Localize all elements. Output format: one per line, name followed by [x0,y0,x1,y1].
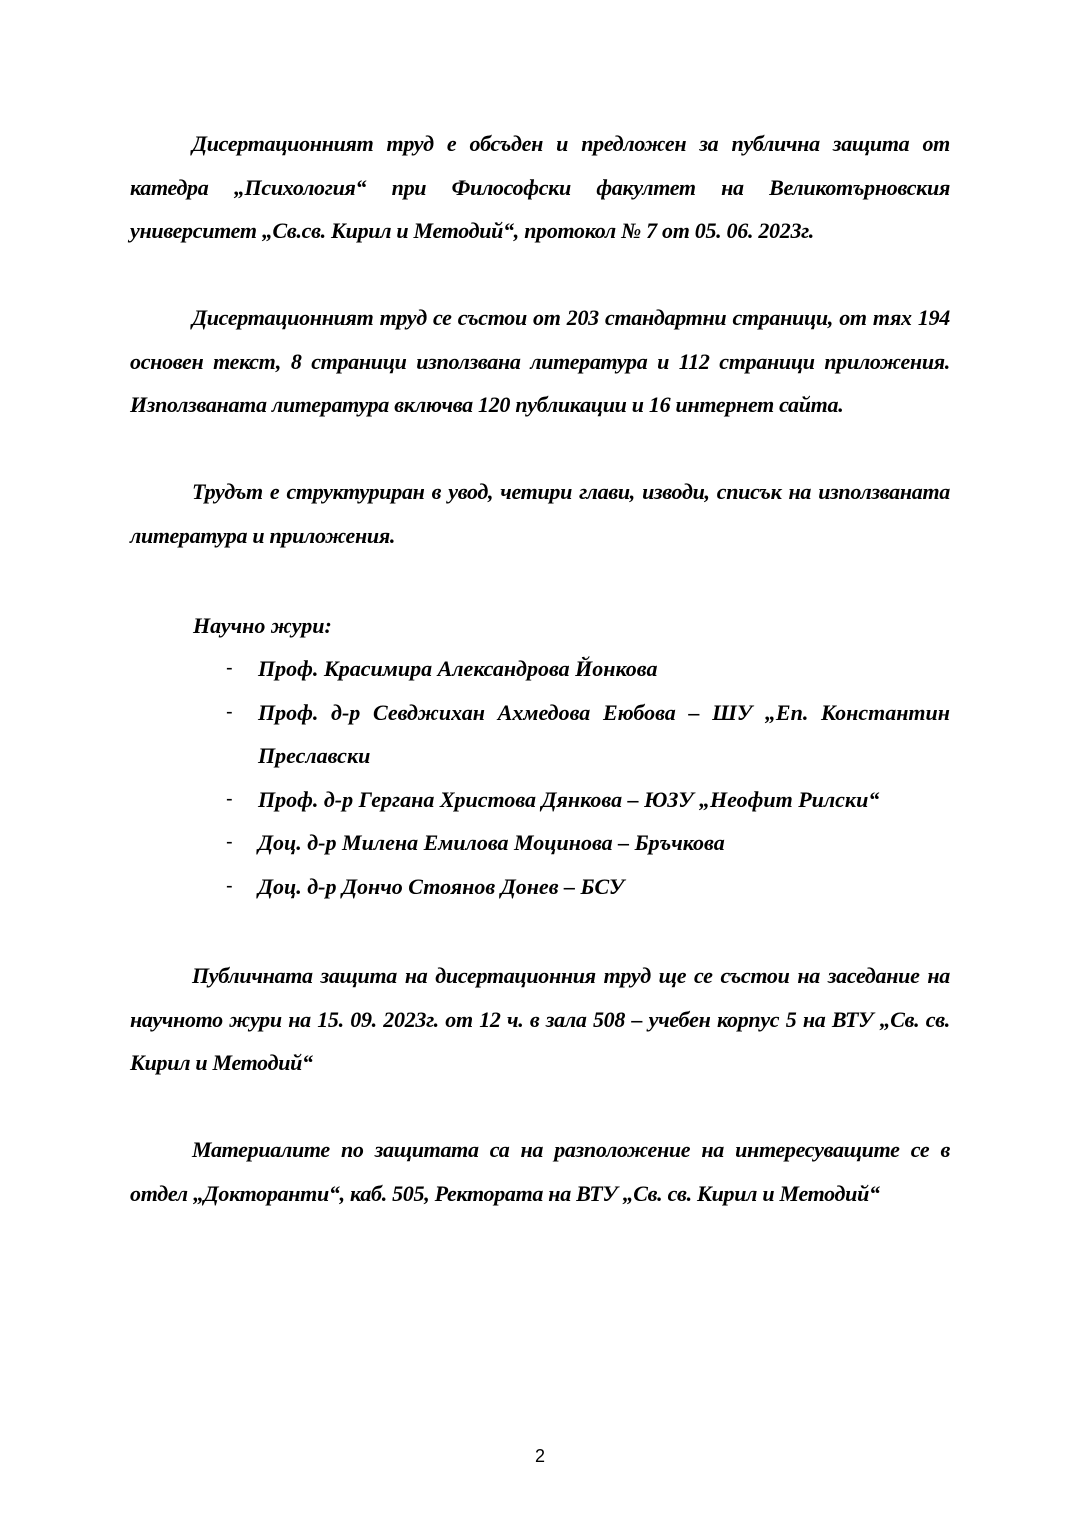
paragraph-text: Материалите по защитата са на разположен… [130,1128,950,1215]
defense-paragraph: Публичната защита на дисертационния труд… [130,954,950,1085]
bullet-dash: - [226,778,233,822]
jury-member: - Проф. д-р Севджихан Ахмедова Еюбова – … [130,691,950,778]
jury-member: - Доц. д-р Милена Емилова Моцинова – Бръ… [130,821,950,865]
structure-paragraph: Трудът е структуриран в увод, четири гла… [130,470,950,557]
structure-volume-paragraph: Дисертационният труд се състои от 203 ст… [130,296,950,427]
paragraph-text: Дисертационният труд е обсъден и предлож… [130,122,950,253]
jury-heading: Научно жури: [193,604,332,648]
jury-member-name: Проф. д-р Гергана Христова Дянкова – ЮЗУ… [258,787,879,812]
jury-member: - Доц. д-р Дончо Стоянов Донев – БСУ [130,865,950,909]
page-number: 2 [0,1446,1080,1467]
jury-member-name: Проф. Красимира Александрова Йонкова [258,656,657,681]
jury-list: - Проф. Красимира Александрова Йонкова -… [130,647,950,908]
bullet-dash: - [226,821,233,865]
paragraph-text: Публичната защита на дисертационния труд… [130,954,950,1085]
jury-member-name: Доц. д-р Дончо Стоянов Донев – БСУ [258,874,624,899]
document-page: Дисертационният труд е обсъден и предлож… [0,0,1080,1527]
bullet-dash: - [226,691,233,735]
bullet-dash: - [226,647,233,691]
jury-member: - Проф. д-р Гергана Христова Дянкова – Ю… [130,778,950,822]
discussion-paragraph: Дисертационният труд е обсъден и предлож… [130,122,950,253]
paragraph-text: Трудът е структуриран в увод, четири гла… [130,470,950,557]
bullet-dash: - [226,865,233,909]
jury-member-name: Доц. д-р Милена Емилова Моцинова – Бръчк… [258,830,725,855]
jury-member-name: Проф. д-р Севджихан Ахмедова Еюбова – ШУ… [258,700,950,769]
jury-member: - Проф. Красимира Александрова Йонкова [130,647,950,691]
materials-paragraph: Материалите по защитата са на разположен… [130,1128,950,1215]
paragraph-text: Дисертационният труд се състои от 203 ст… [130,296,950,427]
